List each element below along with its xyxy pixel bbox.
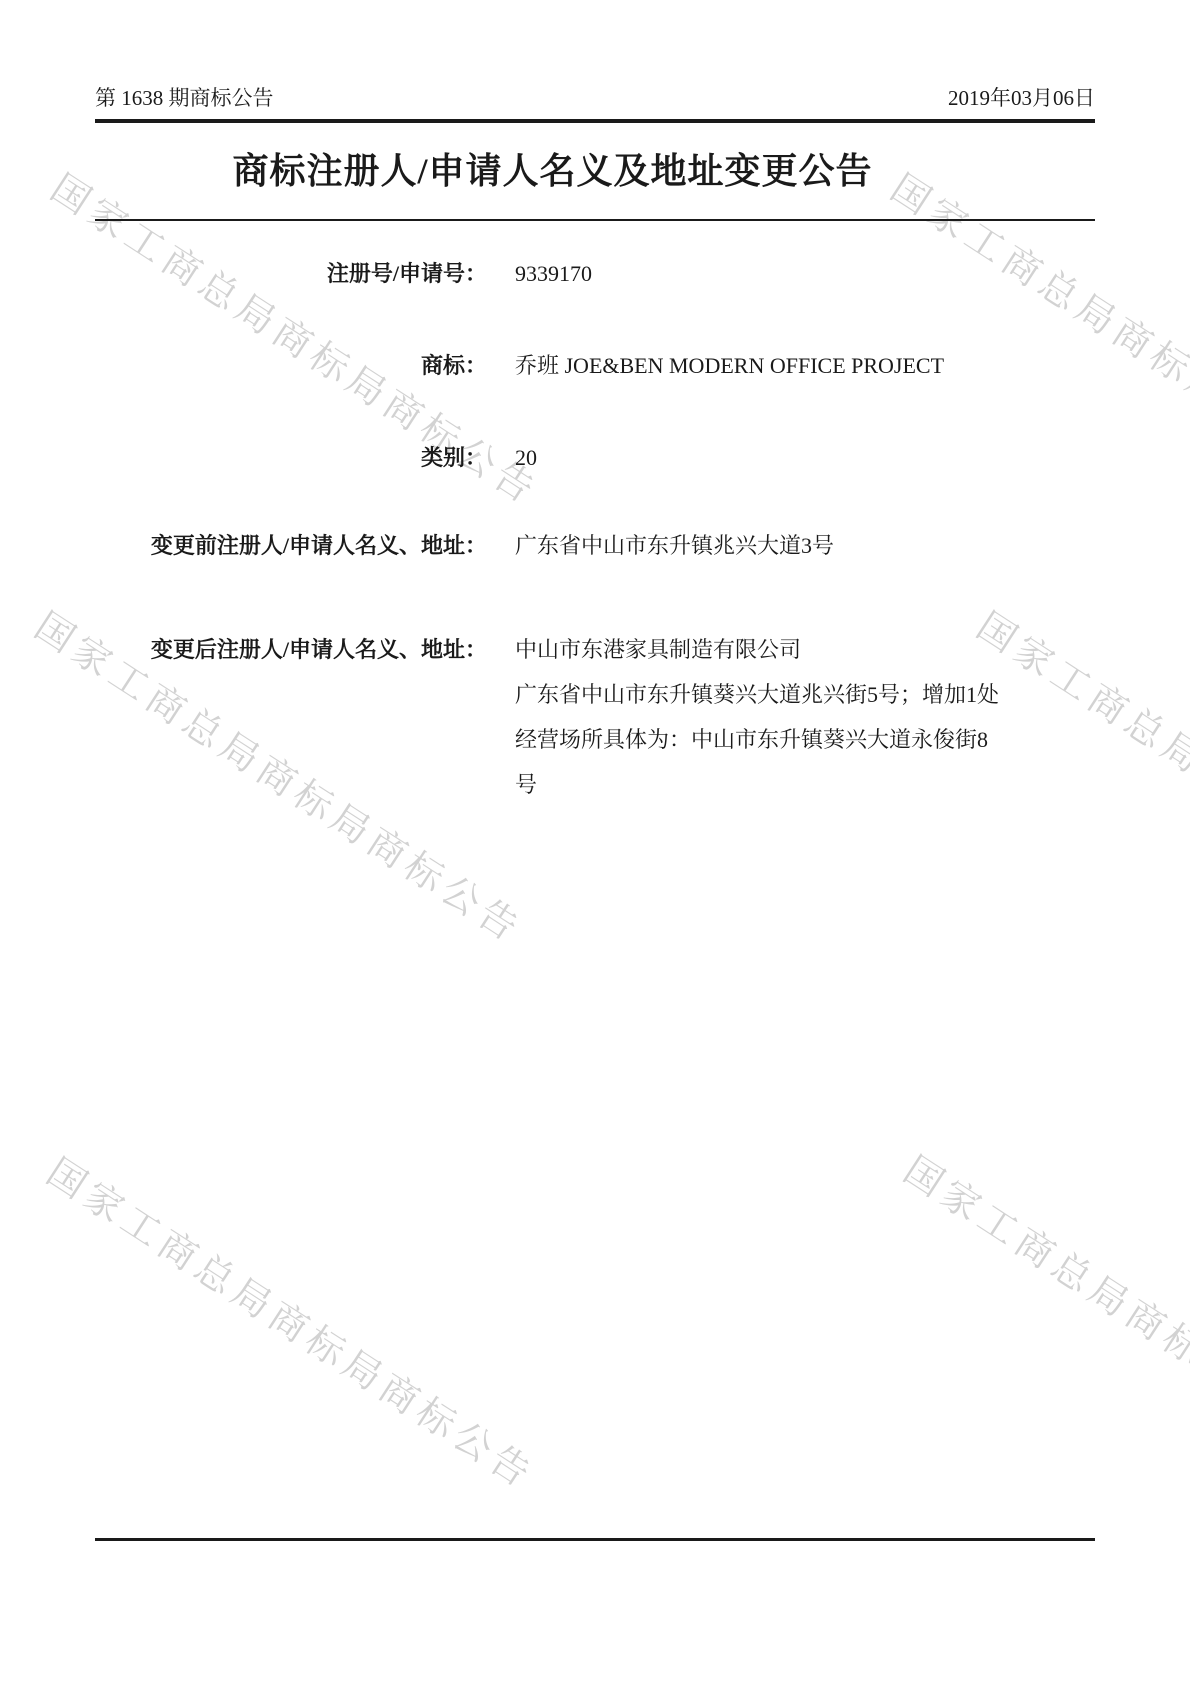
gazette-page: 国家工商总局商标局商标公告 国家工商总局商标局商标公告 国家工商总局商标局商标公… (0, 0, 1190, 1684)
title-divider (95, 219, 1095, 221)
field-value-line: 广东省中山市东升镇葵兴大道兆兴街5号；增加1处 (515, 672, 999, 717)
field-label: 注册号/申请号： (95, 259, 487, 289)
field-value: 乔班 JOE&BEN MODERN OFFICE PROJECT (515, 351, 944, 381)
gazette-date-label: 2019年03月06日 (948, 82, 1095, 112)
gazette-issue-label: 第 1638 期商标公告 (95, 82, 274, 112)
field-label: 商标： (95, 351, 487, 381)
field-class: 类别： 20 (95, 443, 1095, 473)
field-value-line: 中山市东港家具制造有限公司 (515, 627, 999, 672)
field-value-line: 号 (515, 762, 999, 807)
field-after-change: 变更后注册人/申请人名义、地址： 中山市东港家具制造有限公司 广东省中山市东升镇… (95, 627, 1095, 807)
bottom-divider (95, 1538, 1095, 1541)
field-value: 广东省中山市东升镇兆兴大道3号 (515, 531, 834, 561)
field-trademark: 商标： 乔班 JOE&BEN MODERN OFFICE PROJECT (95, 351, 1095, 381)
page-header: 第 1638 期商标公告 2019年03月06日 (95, 82, 1095, 123)
field-value: 中山市东港家具制造有限公司 广东省中山市东升镇葵兴大道兆兴街5号；增加1处 经营… (515, 627, 999, 807)
field-label: 变更前注册人/申请人名义、地址： (95, 531, 487, 561)
field-label: 变更后注册人/申请人名义、地址： (95, 627, 487, 672)
document-content: 第 1638 期商标公告 2019年03月06日 商标注册人/申请人名义及地址变… (0, 0, 1190, 807)
watermark-text: 国家工商总局商标局商标公告 (895, 1140, 1190, 1498)
field-value: 9339170 (515, 259, 592, 289)
field-before-change: 变更前注册人/申请人名义、地址： 广东省中山市东升镇兆兴大道3号 (95, 531, 1095, 561)
field-label: 类别： (95, 443, 487, 473)
watermark-text: 国家工商总局商标局商标公告 (38, 1142, 548, 1500)
page-title: 商标注册人/申请人名义及地址变更公告 (95, 143, 1095, 194)
field-value-line: 经营场所具体为：中山市东升镇葵兴大道永俊街8 (515, 717, 999, 762)
field-value: 20 (515, 443, 537, 473)
field-registration-number: 注册号/申请号： 9339170 (95, 259, 1095, 289)
